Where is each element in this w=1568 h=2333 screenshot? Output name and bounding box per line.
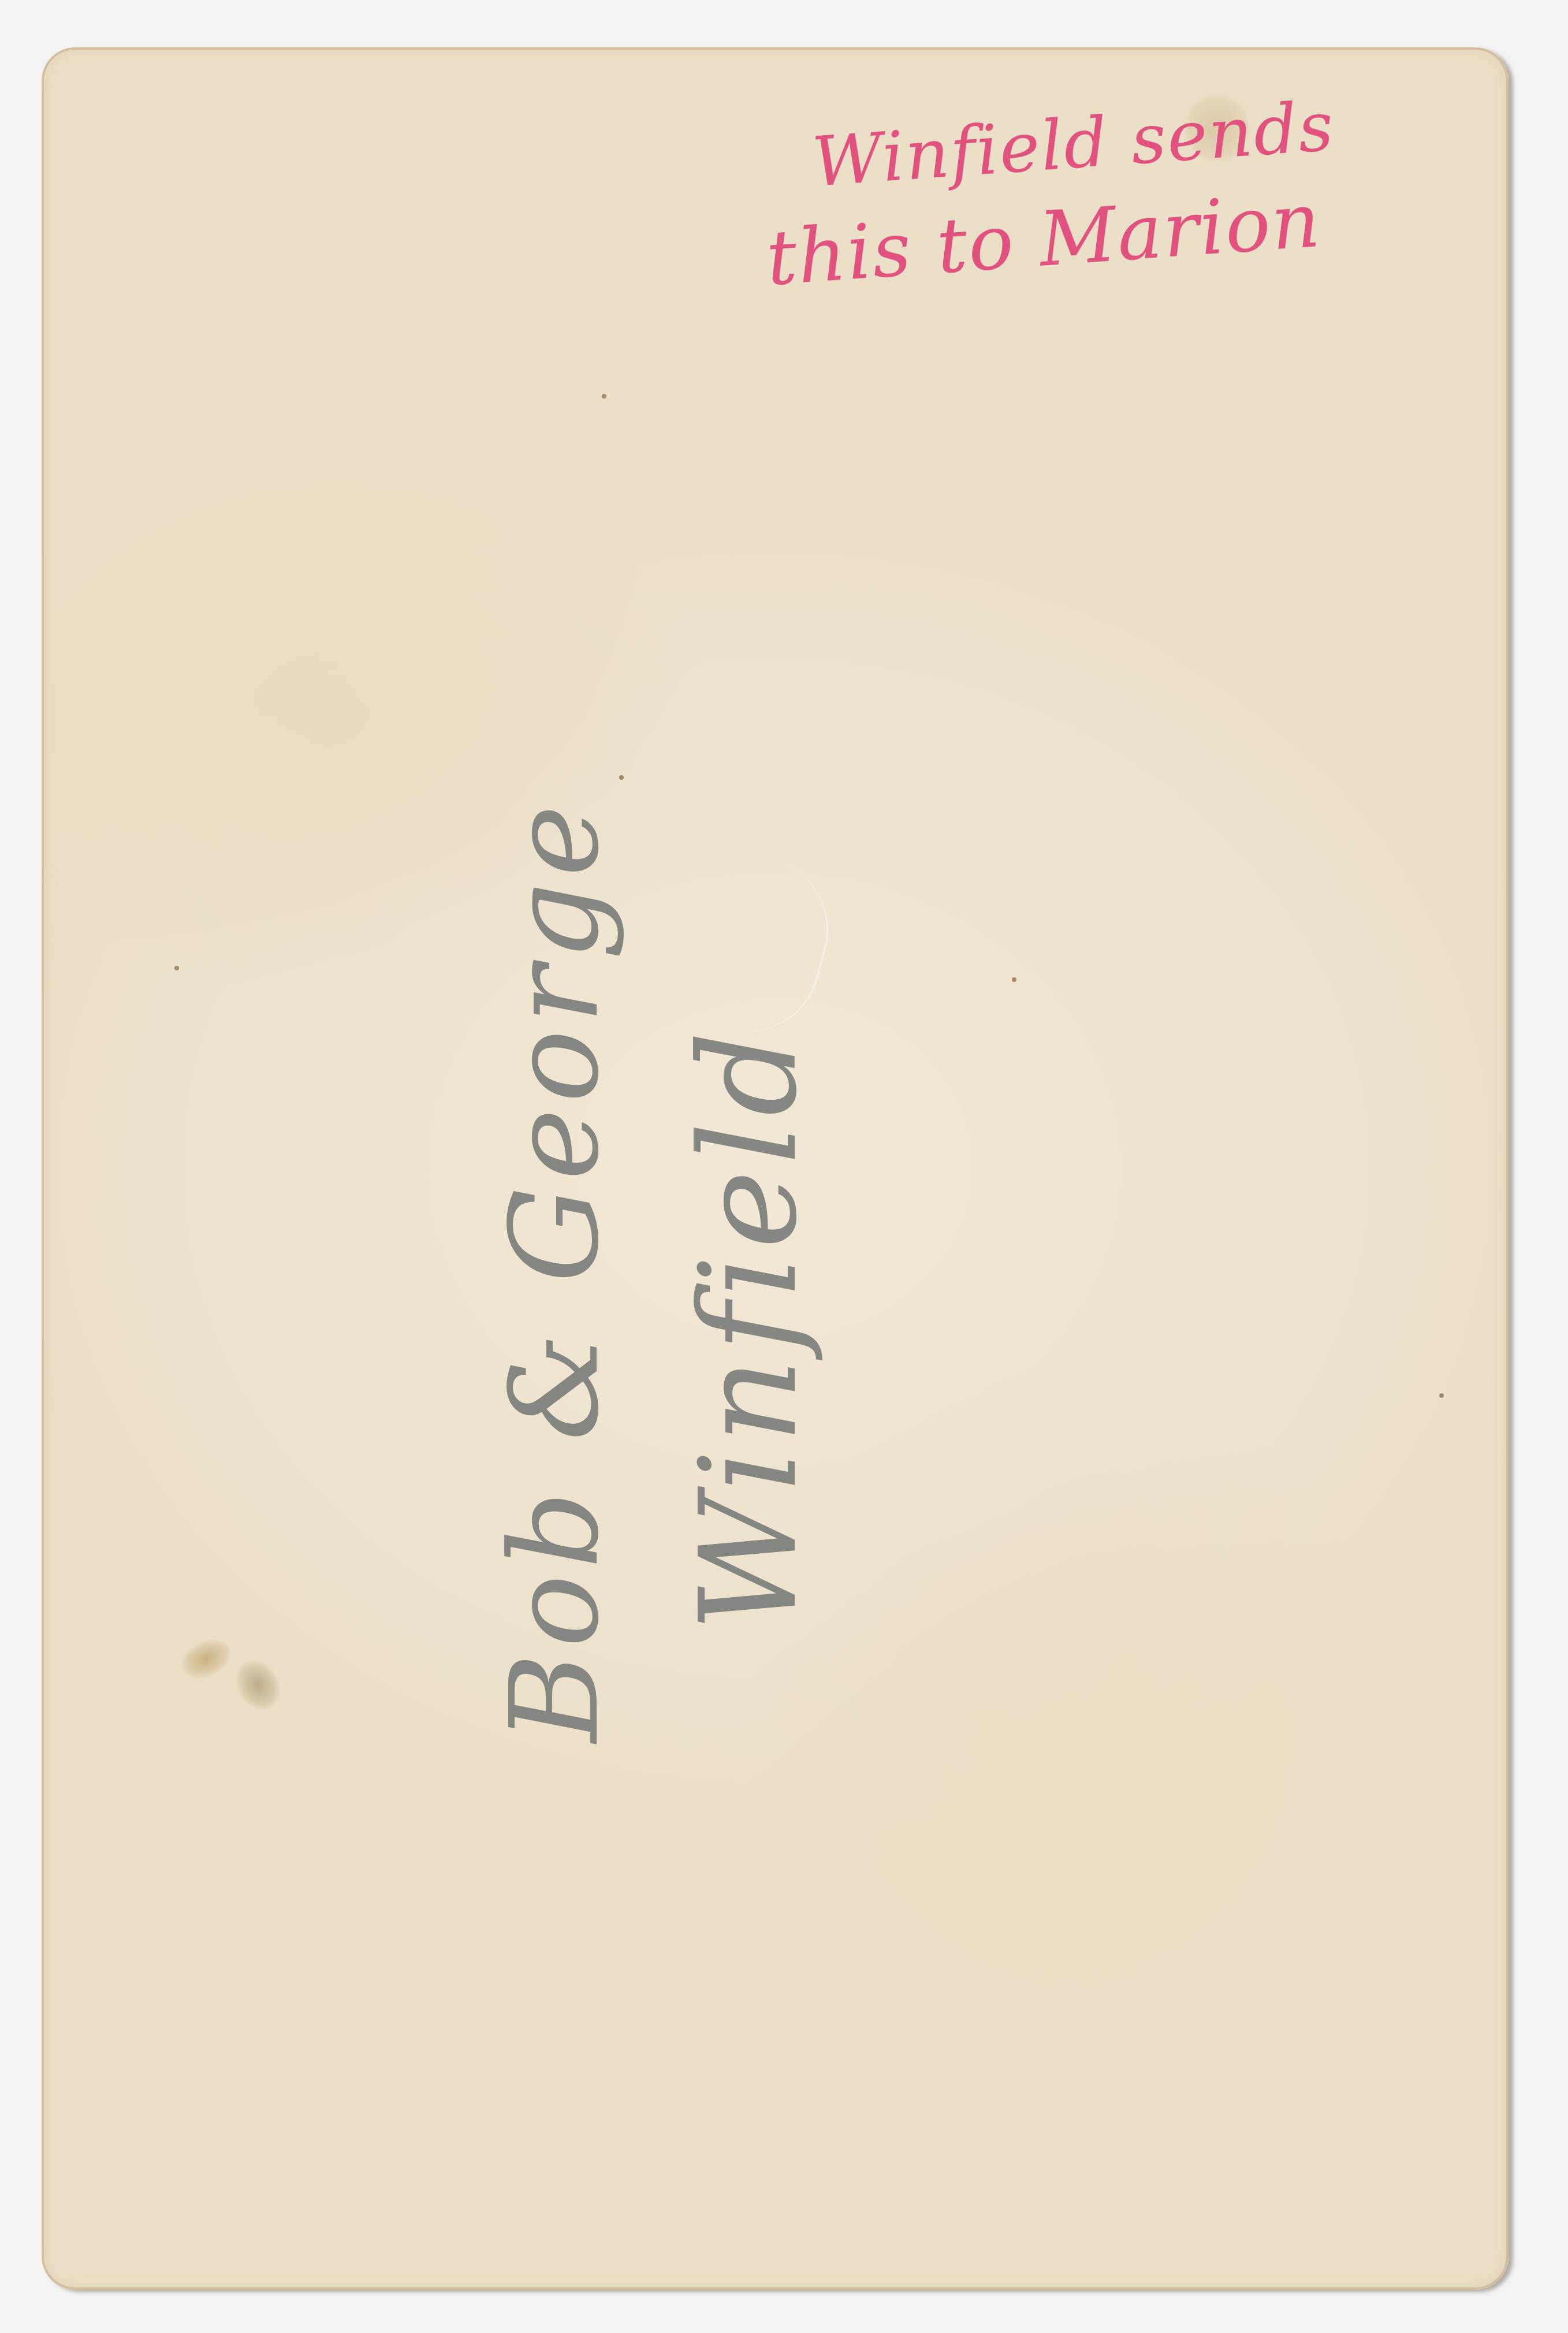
- foxing-spot: [228, 1653, 289, 1718]
- foxing-dot: [1012, 977, 1016, 982]
- pencil-note-line-2-text: Winfield: [672, 1025, 826, 1632]
- photo-card-back: Winfield sends this to Marion Bob & Geor…: [42, 47, 1509, 2290]
- pencil-note-line-1-text: Bob & George: [484, 799, 625, 1742]
- foxing-dot: [602, 394, 606, 399]
- foxing-dot: [619, 775, 624, 780]
- foxing-dot: [174, 966, 179, 970]
- paper-crease: [731, 861, 844, 1047]
- foxing-spot: [176, 1632, 237, 1685]
- foxing-dot: [1439, 1393, 1444, 1398]
